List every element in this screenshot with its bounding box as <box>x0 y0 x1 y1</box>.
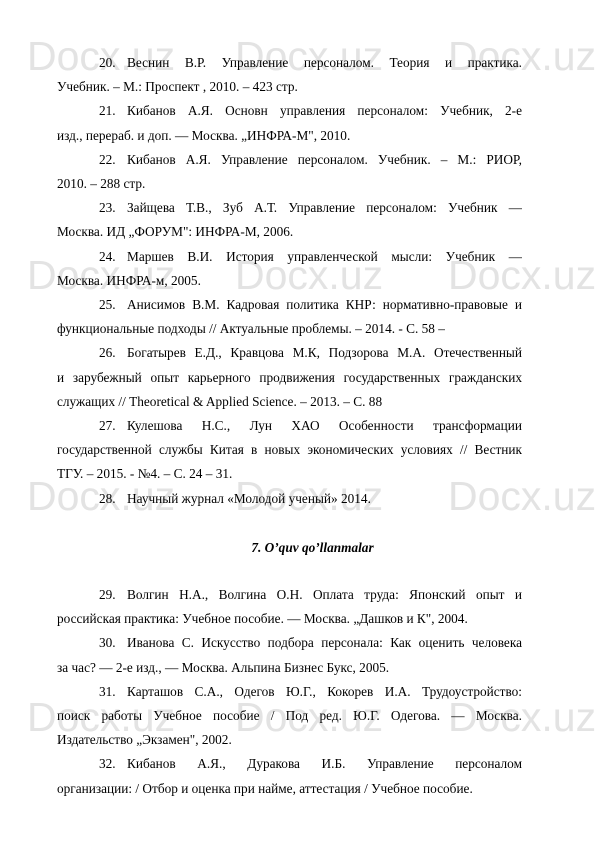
reference-number: 20. <box>99 55 127 71</box>
reference-number: 31. <box>99 684 127 700</box>
reference-item-continuation: Издательство „Экзамен", 2002. <box>57 732 522 748</box>
reference-text: Учебник. – М.: Проспект , 2010. – 423 ст… <box>57 79 298 94</box>
reference-number: 27. <box>99 418 127 434</box>
reference-number: 30. <box>99 635 127 651</box>
reference-item-continuation: Москва. ИНФРА-м, 2005. <box>57 273 522 289</box>
reference-text: служащих // Theoretical & Applied Scienc… <box>57 394 382 409</box>
reference-text: изд., перераб. и доп. — Москва. „ИНФРА-М… <box>57 128 350 143</box>
reference-text: Москва. ИНФРА-м, 2005. <box>57 273 201 288</box>
reference-item: 25. Анисимов В.М. Кадровая политика КНР:… <box>99 297 522 313</box>
reference-text: Иванова С. Искусство подбора персонала: … <box>127 635 522 650</box>
reference-item-continuation: поиск работы Учебное пособие / Под ред. … <box>57 708 522 724</box>
reference-item-continuation: ТГУ. – 2015. - №4. – С. 24 – 31. <box>57 466 522 482</box>
reference-text: 2010. – 288 стр. <box>57 176 145 191</box>
reference-item: 30. Иванова С. Искусство подбора персона… <box>99 635 522 651</box>
reference-number: 25. <box>99 297 127 313</box>
reference-number: 22. <box>99 152 127 168</box>
reference-text: Богатырев Е.Д., Кравцова М.К, Подзорова … <box>127 345 522 360</box>
reference-text: Маршев В.И. История управленческой мысли… <box>127 249 522 264</box>
reference-item-continuation: служащих // Theoretical & Applied Scienc… <box>57 394 522 410</box>
reference-text: Веснин В.Р. Управление персоналом. Теори… <box>127 55 522 70</box>
reference-text: российская практика: Учебное пособие. — … <box>57 611 468 626</box>
reference-item: 23. Зайщева Т.В., Зуб А.Т. Управление пе… <box>99 200 522 216</box>
reference-item-continuation: изд., перераб. и доп. — Москва. „ИНФРА-М… <box>57 128 522 144</box>
reference-item: 29. Волгин Н.А., Волгина О.Н. Оплата тру… <box>99 587 522 603</box>
reference-number: 28. <box>99 491 127 507</box>
reference-item: 21. Кибанов А.Я. Основн управления персо… <box>99 103 522 119</box>
reference-item-continuation: 2010. – 288 стр. <box>57 176 522 192</box>
reference-item: 28. Научный журнал «Молодой ученый» 2014… <box>99 491 522 507</box>
reference-text: ТГУ. – 2015. - №4. – С. 24 – 31. <box>57 466 232 481</box>
reference-text: Кибанов А.Я., Дуракова И.Б. Управление п… <box>127 756 522 771</box>
reference-number: 26. <box>99 345 127 361</box>
reference-item: 32. Кибанов А.Я., Дуракова И.Б. Управлен… <box>99 756 522 772</box>
reference-text: организации: / Отбор и оценка при найме,… <box>57 781 473 796</box>
reference-item-continuation: Москва. ИД „ФОРУМ": ИНФРА-М, 2006. <box>57 224 522 240</box>
reference-item-continuation: за час? — 2-е изд., — Москва. Альпина Би… <box>57 660 522 676</box>
reference-item-continuation: российская практика: Учебное пособие. — … <box>57 611 522 627</box>
reference-item: 20. Веснин В.Р. Управление персоналом. Т… <box>99 55 522 71</box>
reference-item: 24. Маршев В.И. История управленческой м… <box>99 249 522 265</box>
reference-item-continuation: государственной службы Китая в новых эко… <box>57 442 522 458</box>
reference-text: Кибанов А.Я. Основн управления персонало… <box>127 103 522 118</box>
reference-item-continuation: функциональные подходы // Актуальные про… <box>57 321 522 337</box>
reference-item: 31. Карташов С.А., Одегов Ю.Г., Кокорев … <box>99 684 522 700</box>
reference-item-continuation: организации: / Отбор и оценка при найме,… <box>57 781 522 797</box>
reference-text: поиск работы Учебное пособие / Под ред. … <box>57 708 522 723</box>
reference-number: 32. <box>99 756 127 772</box>
reference-text: Издательство „Экзамен", 2002. <box>57 732 232 747</box>
reference-text: Кибанов А.Я. Управление персоналом. Учеб… <box>127 152 522 167</box>
reference-text: функциональные подходы // Актуальные про… <box>57 321 445 336</box>
reference-text: Карташов С.А., Одегов Ю.Г., Кокорев И.А.… <box>127 684 522 699</box>
reference-text: государственной службы Китая в новых эко… <box>57 442 522 457</box>
reference-item: 26. Богатырев Е.Д., Кравцова М.К, Подзор… <box>99 345 522 361</box>
reference-text: и зарубежный опыт карьерного продвижения… <box>57 370 522 385</box>
reference-text: Волгин Н.А., Волгина О.Н. Оплата труда: … <box>127 587 522 602</box>
reference-text: Москва. ИД „ФОРУМ": ИНФРА-М, 2006. <box>57 224 293 239</box>
reference-item: 27. Кулешова Н.С., Лун ХАО Особенности т… <box>99 418 522 434</box>
reference-item-continuation: Учебник. – М.: Проспект , 2010. – 423 ст… <box>57 79 522 95</box>
reference-number: 23. <box>99 200 127 216</box>
reference-number: 24. <box>99 249 127 265</box>
reference-number: 21. <box>99 103 127 119</box>
reference-text: за час? — 2-е изд., — Москва. Альпина Би… <box>57 660 389 675</box>
reference-text: Зайщева Т.В., Зуб А.Т. Управление персон… <box>127 200 522 215</box>
reference-text: Кулешова Н.С., Лун ХАО Особенности транс… <box>127 418 522 433</box>
reference-item: 22. Кибанов А.Я. Управление персоналом. … <box>99 152 522 168</box>
reference-item-continuation: и зарубежный опыт карьерного продвижения… <box>57 370 522 386</box>
section-heading: 7. O’quv qo’llanmalar <box>0 540 595 556</box>
reference-number: 29. <box>99 587 127 603</box>
document-page: 20. Веснин В.Р. Управление персоналом. Т… <box>0 0 595 842</box>
reference-text: Научный журнал «Молодой ученый» 2014. <box>127 491 371 506</box>
reference-text: Анисимов В.М. Кадровая политика КНР: нор… <box>127 297 522 312</box>
